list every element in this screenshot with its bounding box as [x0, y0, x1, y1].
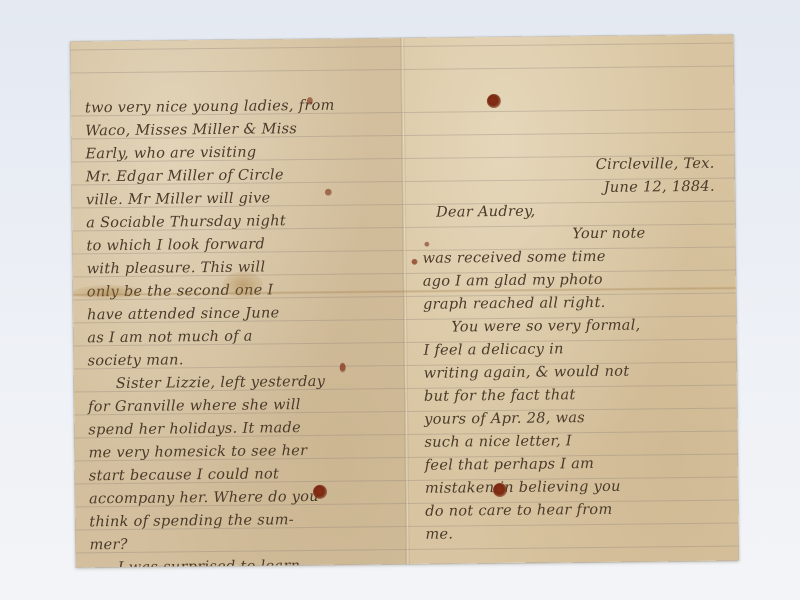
letter-line: me very homesick to see her	[88, 439, 398, 465]
ink-stain	[307, 97, 313, 105]
letter-line: Mr. Edgar Miller of Circle	[86, 163, 396, 189]
left-page-text: two very nice young ladies, from Waco, M…	[85, 94, 400, 567]
letter-line: graph reached all right.	[423, 291, 728, 317]
letter-line: do not care to hear from	[425, 498, 730, 524]
letter-line: have attended since June	[87, 301, 397, 327]
letter-place: Circleville, Tex.	[421, 153, 726, 179]
letter-line: ville. Mr Miller will give	[86, 186, 396, 212]
letter-line: mer?	[89, 531, 399, 557]
letter-line: start because I could not	[89, 462, 399, 488]
ink-stain	[424, 242, 429, 247]
letter-line: I feel a delicacy in	[423, 337, 728, 363]
wax-stain	[493, 483, 507, 497]
letter-line: You were so very formal,	[423, 314, 728, 340]
letter-line: feel that perhaps I am	[425, 452, 730, 478]
letter-line: I was surprised to learn	[90, 554, 400, 567]
letter-line: to which I look forward	[86, 232, 396, 258]
letter-line: accompany her. Where do you	[89, 485, 399, 511]
letter-line: Sister Lizzie, left yesterday	[88, 370, 398, 396]
ink-stain	[340, 363, 346, 373]
letter-line: two very nice young ladies, from	[85, 94, 395, 120]
letter-line: Early, who are visiting	[85, 140, 395, 166]
ink-stain	[325, 189, 332, 196]
letter-line: think of spending the sum-	[89, 508, 399, 534]
letter-line: Waco, Misses Miller & Miss	[85, 117, 395, 143]
letter-salutation: Dear Audrey,	[422, 199, 727, 225]
letter-line: as I am not much of a	[87, 324, 397, 350]
right-page-text: Circleville, Tex. June 12, 1884. Dear Au…	[421, 153, 730, 547]
wax-stain	[487, 94, 501, 108]
left-page: two very nice young ladies, from Waco, M…	[70, 38, 407, 567]
letter-line: mistaken in believing you	[425, 475, 730, 501]
letter-line: society man.	[87, 347, 397, 373]
letter-line: spend her holidays. It made	[88, 416, 398, 442]
letter-line: but for the fact that	[424, 383, 729, 409]
letter-line: me.	[425, 521, 730, 547]
letter-line: Your note	[422, 222, 727, 248]
wax-stain	[313, 485, 327, 499]
ink-stain	[412, 259, 418, 265]
letter-line: for Granville where she will	[88, 393, 398, 419]
letter-line: a Sociable Thursday night	[86, 209, 396, 235]
letter-sheet: two very nice young ladies, from Waco, M…	[70, 35, 738, 568]
right-page: Circleville, Tex. June 12, 1884. Dear Au…	[402, 35, 738, 564]
letter-line: writing again, & would not	[424, 360, 729, 386]
letter-line: such a nice letter, I	[424, 429, 729, 455]
letter-date: June 12, 1884.	[422, 176, 727, 202]
letter-line: yours of Apr. 28, was	[424, 406, 729, 432]
letter-line: was received some time	[422, 245, 727, 271]
